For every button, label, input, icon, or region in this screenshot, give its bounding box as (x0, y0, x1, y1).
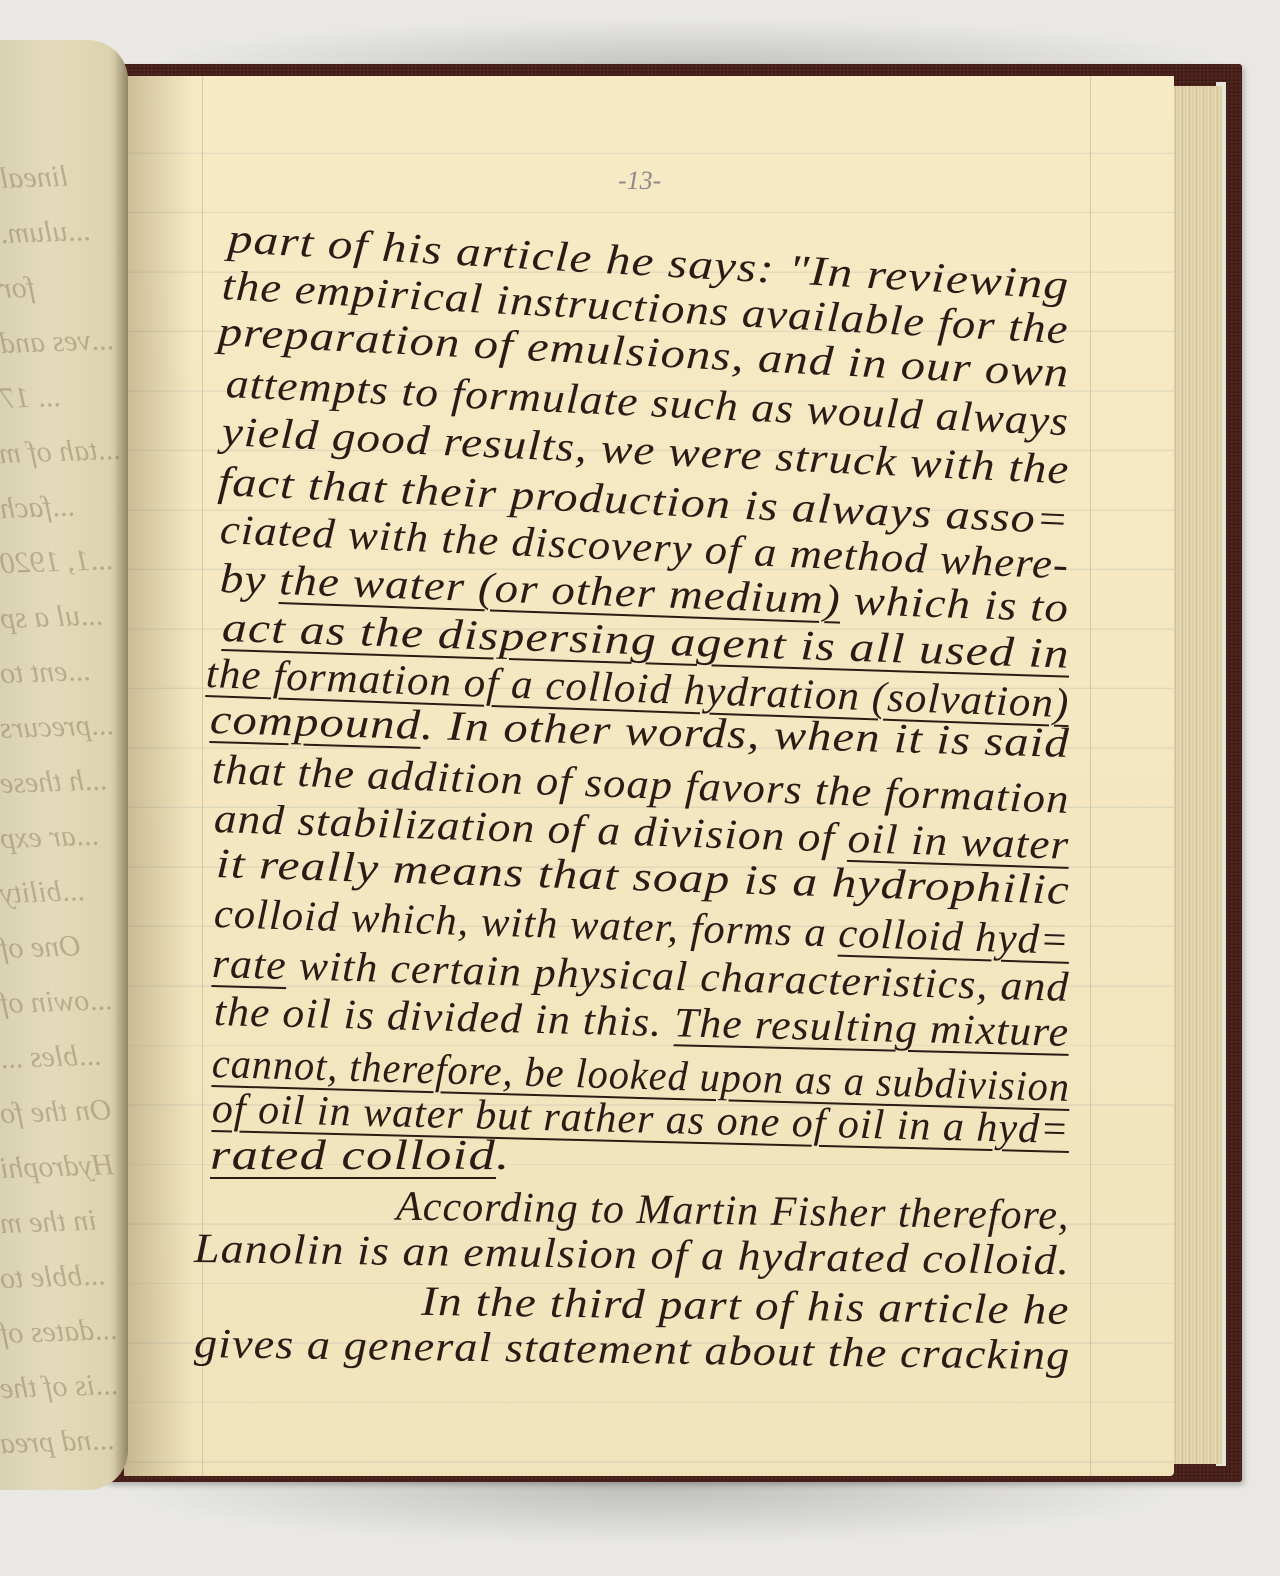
facing-page-ghost-text: On the fo (0, 1093, 121, 1131)
facing-page-ghost-text: ... 17 (0, 378, 121, 416)
facing-page-ghost-text: ...is of the (0, 1368, 121, 1406)
margin-rule-right (1090, 76, 1091, 1476)
facing-page-ghost-text: ...h these (0, 763, 121, 801)
facing-page-ghost-text: lineal (0, 158, 121, 196)
background-shadow-bottom (120, 1475, 1180, 1545)
facing-page-ghost-text: ...bble to (0, 1258, 121, 1296)
page-block-edges (1168, 86, 1222, 1464)
line-text: . (496, 1133, 510, 1179)
facing-page-ghost-text: for (0, 268, 121, 306)
facing-page-ghost-text: One of (0, 928, 121, 966)
facing-page-ghost-text: ...ulum. (0, 213, 121, 251)
facing-page-ghost-text: ...bles ... (0, 1038, 121, 1076)
line-text: by (219, 556, 280, 604)
facing-page-ghost-text: ...nd prea (0, 1423, 121, 1461)
line-text: the oil is divided in this. (213, 989, 674, 1046)
facing-page-ghost-text: ...ent to (0, 653, 121, 691)
facing-page-curl: lineal...ulum.for...ves and... 17...tah … (0, 40, 128, 1490)
manuscript-line: rated colloid. (210, 1132, 510, 1180)
facing-page-ghost-text: ...precurs (0, 708, 121, 746)
facing-page-ghost-text: ...ul a sp (0, 598, 121, 636)
facing-page-ghost-text: ...tah of m (0, 433, 121, 471)
underlined-text: colloid hyd= (838, 911, 1071, 964)
underlined-text: The resulting mixture (674, 1000, 1070, 1056)
facing-page-ghost-text: ...ar exp (0, 818, 121, 856)
facing-page-ghost-text: ...bility (0, 873, 121, 911)
facing-page-ghost-text: in the m (0, 1203, 121, 1241)
underlined-text: rate (211, 941, 287, 989)
facing-page-ghost-text: ...fach (0, 488, 121, 526)
facing-page-ghost-text: ...ves and (0, 323, 121, 361)
facing-page-ghost-text: ...owin of (0, 983, 121, 1021)
underlined-text: compound (209, 697, 421, 749)
facing-page-ghost-text: ...dates of (0, 1313, 121, 1351)
facing-page-ghost-text: Hydrophi (0, 1148, 121, 1186)
facing-page-ghost-text: ...1, 1920 (0, 543, 121, 581)
underlined-text: rated colloid (210, 1133, 496, 1179)
page-number: -13- (618, 166, 661, 196)
